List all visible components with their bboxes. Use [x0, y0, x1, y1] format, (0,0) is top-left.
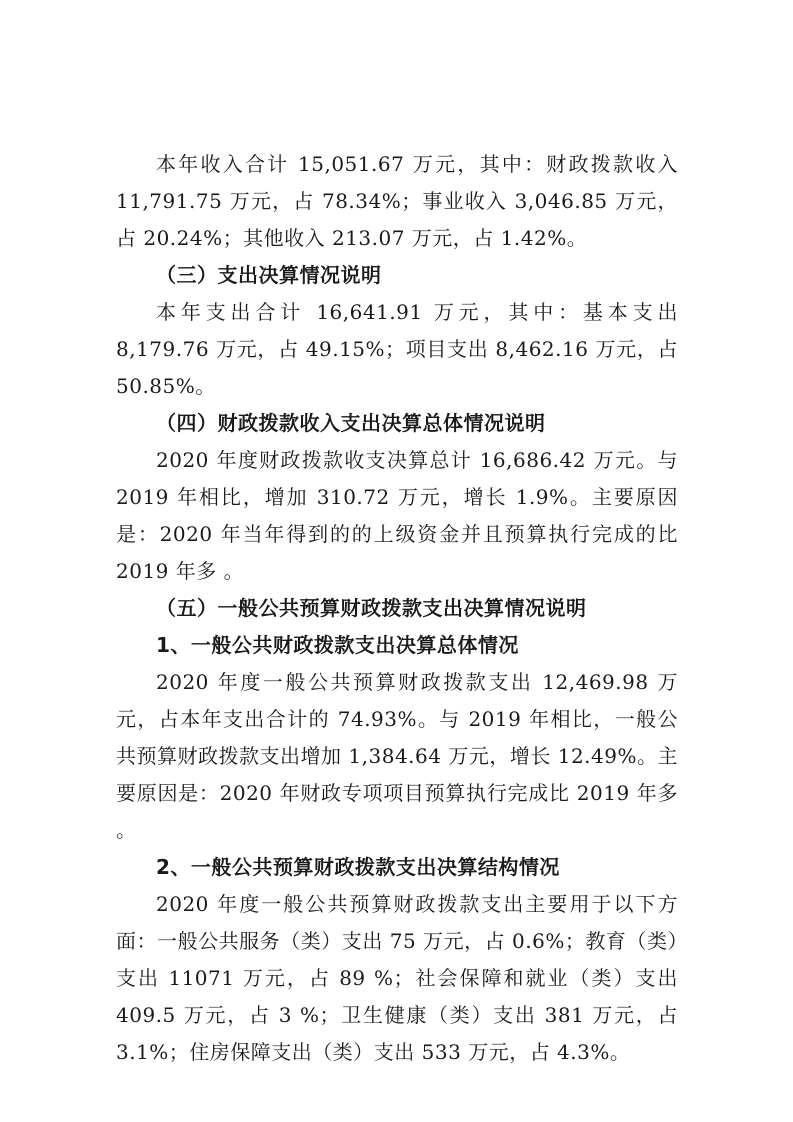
section-3-heading: （三）支出决算情况说明	[116, 257, 678, 294]
expenditure-summary-paragraph: 本年支出合计 16,641.91 万元，其中：基本支出 8,179.76 万元，…	[116, 294, 678, 405]
income-summary-paragraph: 本年收入合计 15,051.67 万元，其中：财政拨款收入 11,791.75 …	[116, 146, 678, 257]
section-5-heading: （五）一般公共预算财政拨款支出决算情况说明	[116, 590, 678, 627]
section-4-heading: （四）财政拨款收入支出决算总体情况说明	[116, 405, 678, 442]
general-budget-overall-paragraph: 2020 年度一般公共预算财政拨款支出 12,469.98 万元，占本年支出合计…	[116, 664, 678, 849]
general-budget-structure-paragraph: 2020 年度一般公共预算财政拨款支出主要用于以下方面：一般公共服务（类）支出 …	[116, 886, 678, 1071]
fiscal-appropriation-overall-paragraph: 2020 年度财政拨款收支决算总计 16,686.42 万元。与 2019 年相…	[116, 442, 678, 590]
subsection-2-heading: 2、一般公共预算财政拨款支出决算结构情况	[116, 849, 678, 886]
document-page: 本年收入合计 15,051.67 万元，其中：财政拨款收入 11,791.75 …	[116, 146, 678, 1071]
subsection-1-heading: 1、一般公共财政拨款支出决算总体情况	[116, 627, 678, 664]
